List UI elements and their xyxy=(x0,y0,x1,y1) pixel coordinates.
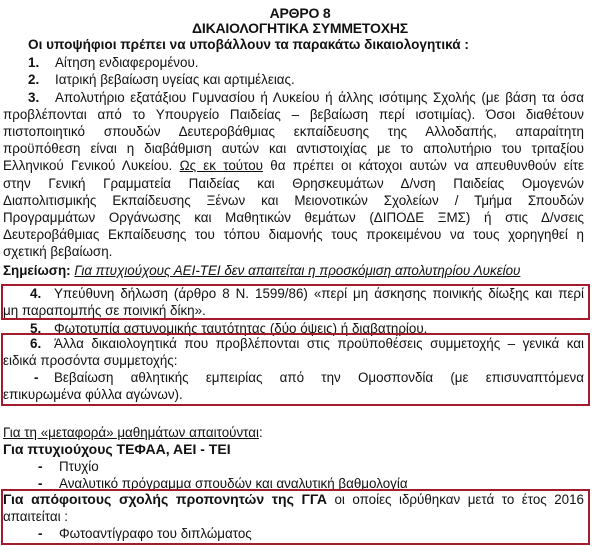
list-item: 4.Υπεύθυνη δήλωση (άρθρο 8 Ν. 1599/86) «… xyxy=(3,285,584,302)
list-item: -Πτυχίο xyxy=(33,458,589,475)
item-text: Υπεύθυνη δήλωση (άρθρο 8 Ν. 1599/86) «πε… xyxy=(54,286,584,301)
text-segment: θα πρέπει οι κάτοχοι αυτών να απευθυνθού… xyxy=(270,158,584,173)
underlined-phrase: Ως εκ τούτου xyxy=(180,158,263,173)
item-number: 6. xyxy=(30,335,54,352)
item-text: Πτυχίο xyxy=(59,459,99,474)
item-text-line: ειδικά προσόντα συμμετοχής: xyxy=(3,352,559,369)
item-text: Αίτηση ενδιαφερομένου. xyxy=(55,55,199,70)
list-item: 3.Απολυτήριο εξατάξιου Γυμνασίου ή Λυκεί… xyxy=(28,89,584,106)
article-title: ΔΙΚΑΙΟΛΟΓΗΤΙΚΑ ΣΥΜΜΕΤΟΧΗΣ xyxy=(0,20,600,36)
sub-item-text: Βεβαίωση αθλητικής εμπειρίας από την Ομο… xyxy=(54,370,584,385)
item-text-line: μη παραπομπής σε ποινική δίκη». xyxy=(3,302,559,319)
item-text: Άλλα δικαιολογητικά που προβλέπονται στι… xyxy=(54,336,584,351)
item-text-line: σχετική βεβαίωση. xyxy=(3,243,559,260)
note-text: Για πτυχιούχους ΑΕΙ-ΤΕΙ δεν απαιτείται η… xyxy=(74,263,520,278)
item-text-line: πιστοποιητικό σπουδών Δευτεροβάθμιας εκπ… xyxy=(3,123,584,140)
sub-item: -Βεβαίωση αθλητικής εμπειρίας από την Ομ… xyxy=(3,369,584,386)
group-title-tefaa: Για πτυχιούχους ΤΕΦΑΑ, ΑΕΙ - ΤΕΙ xyxy=(3,441,559,458)
dash-bullet: - xyxy=(30,369,54,386)
intro-text: Οι υποψήφιοι πρέπει να υποβάλλουν τα παρ… xyxy=(28,36,584,53)
item-text-line: Προγραμμάτων Οργάνωσης και Μαθητικών θεμ… xyxy=(3,209,584,226)
item-text-line: στην Γενική Γραμματεία Παιδείας και Θρησ… xyxy=(3,175,584,192)
list-item: 1.Αίτηση ενδιαφερομένου. xyxy=(28,54,584,71)
item-text-line: προβλέπονται από το Υπουργείο Παιδείας –… xyxy=(3,106,584,123)
group-title-rest: οι οποίες ιδρύθηκαν μετά το έτος 2016 xyxy=(334,492,584,507)
item-text: Απολυτήριο εξατάξιου Γυμνασίου ή Λυκείου… xyxy=(55,90,584,105)
group-title-bold: Για απόφοιτους σχολής προπονητών της ΓΓΑ xyxy=(3,491,327,507)
dash-bullet: - xyxy=(33,525,59,542)
item-text: Ιατρική βεβαίωση υγείας και αρτιμέλειας. xyxy=(55,72,295,87)
list-item: 6.Άλλα δικαιολογητικά που προβλέπονται σ… xyxy=(3,335,584,352)
item-number: 2. xyxy=(28,71,55,88)
transfer-heading: Για τη «μεταφορά» μαθημάτων απαιτούνται: xyxy=(3,424,559,441)
transfer-heading-text: Για τη «μεταφορά» μαθημάτων απαιτούνται xyxy=(3,425,259,440)
text-segment: Ελληνικού Γενικού Λυκείου. xyxy=(3,158,172,173)
list-item: -Φωτοαντίγραφο του διπλώματος xyxy=(33,525,589,542)
item-text-line: Δευτεροβάθμιας Εκπαίδευσης του τόπου δια… xyxy=(3,226,584,243)
note-label: Σημείωση: xyxy=(3,263,71,278)
item-number: 3. xyxy=(28,89,55,106)
group-title-coaches: Για απόφοιτους σχολής προπονητών της ΓΓΑ… xyxy=(3,491,584,508)
colon: : xyxy=(259,425,263,440)
note: Σημείωση: Για πτυχιούχους ΑΕΙ-ΤΕΙ δεν απ… xyxy=(3,262,584,279)
requirement-line: απαιτείται : xyxy=(3,508,559,525)
item-text-line: προϋπόθεση είναι η διαβάθμιση αυτών και … xyxy=(3,140,584,157)
item-text-line: Ελληνικού Γενικού Λυκείου. Ως εκ τούτου … xyxy=(3,157,584,174)
dash-bullet: - xyxy=(33,458,59,475)
item-text: Φωτοαντίγραφο του διπλώματος xyxy=(59,526,252,541)
item-text-line: επικυρωμένα φύλλα αγώνων). xyxy=(3,386,559,403)
item-number: 4. xyxy=(30,285,54,302)
item-number: 1. xyxy=(28,54,55,71)
list-item: 2.Ιατρική βεβαίωση υγείας και αρτιμέλεια… xyxy=(28,71,584,88)
document-page: ΑΡΘΡΟ 8 ΔΙΚΑΙΟΛΟΓΗΤΙΚΑ ΣΥΜΜΕΤΟΧΗΣ Οι υπο… xyxy=(0,0,600,547)
article-number: ΑΡΘΡΟ 8 xyxy=(0,5,600,21)
item-text-line: Διαπολιτισμικής Εκπαίδευσης Ξένων και Με… xyxy=(3,192,584,209)
